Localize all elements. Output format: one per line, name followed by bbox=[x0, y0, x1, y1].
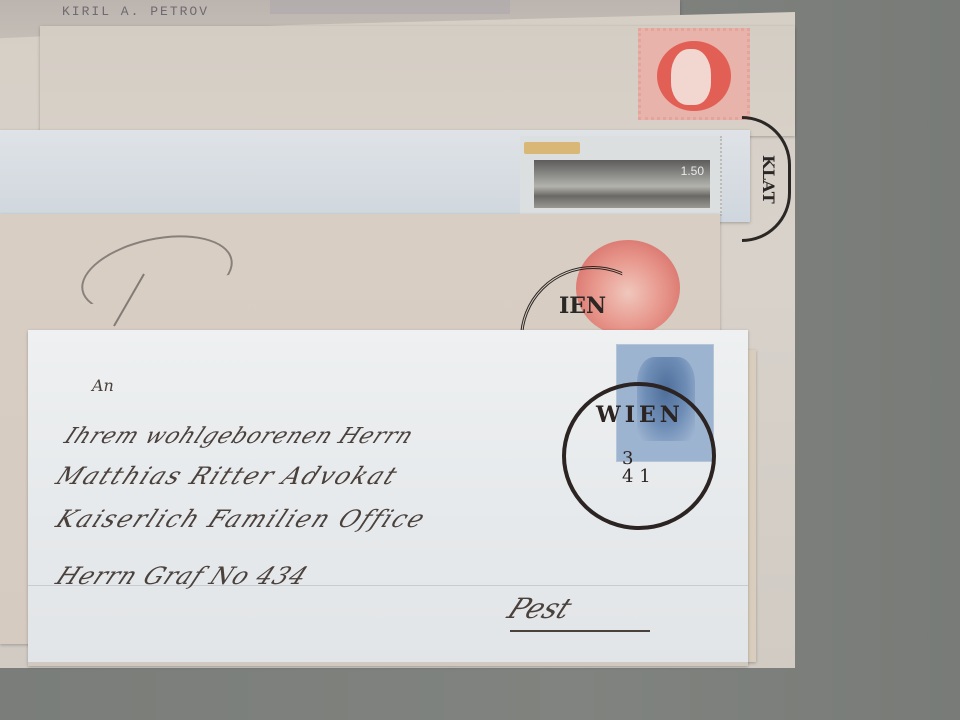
postmark-text: IEN bbox=[559, 293, 606, 319]
postmark-text: KLAT bbox=[759, 155, 778, 204]
red-portrait-stamp bbox=[638, 28, 750, 120]
handwriting-line: Herrn Graf No 434 bbox=[51, 562, 313, 590]
postmark-wien: WIEN 34 1 bbox=[562, 382, 716, 530]
stamp-value: 1.50 bbox=[681, 164, 704, 178]
handwriting-line: An bbox=[92, 376, 114, 395]
ship-stamp: 1.50 bbox=[520, 136, 722, 216]
portrait-icon bbox=[671, 49, 711, 105]
handwriting-line: Matthias Ritter Advokat bbox=[51, 462, 403, 490]
handwriting-line: Kaiserlich Familien Office bbox=[51, 505, 431, 533]
label-strip bbox=[270, 0, 510, 14]
stamp-overprint bbox=[524, 142, 580, 154]
postmark-date: 34 1 bbox=[622, 450, 651, 486]
address-label: KIRIL A. PETROV bbox=[62, 4, 209, 19]
handwriting-line: Ihrem wohlgeborenen Herrn bbox=[60, 424, 418, 449]
postmark-town: WIEN bbox=[596, 402, 684, 428]
destination-underline bbox=[510, 630, 650, 632]
